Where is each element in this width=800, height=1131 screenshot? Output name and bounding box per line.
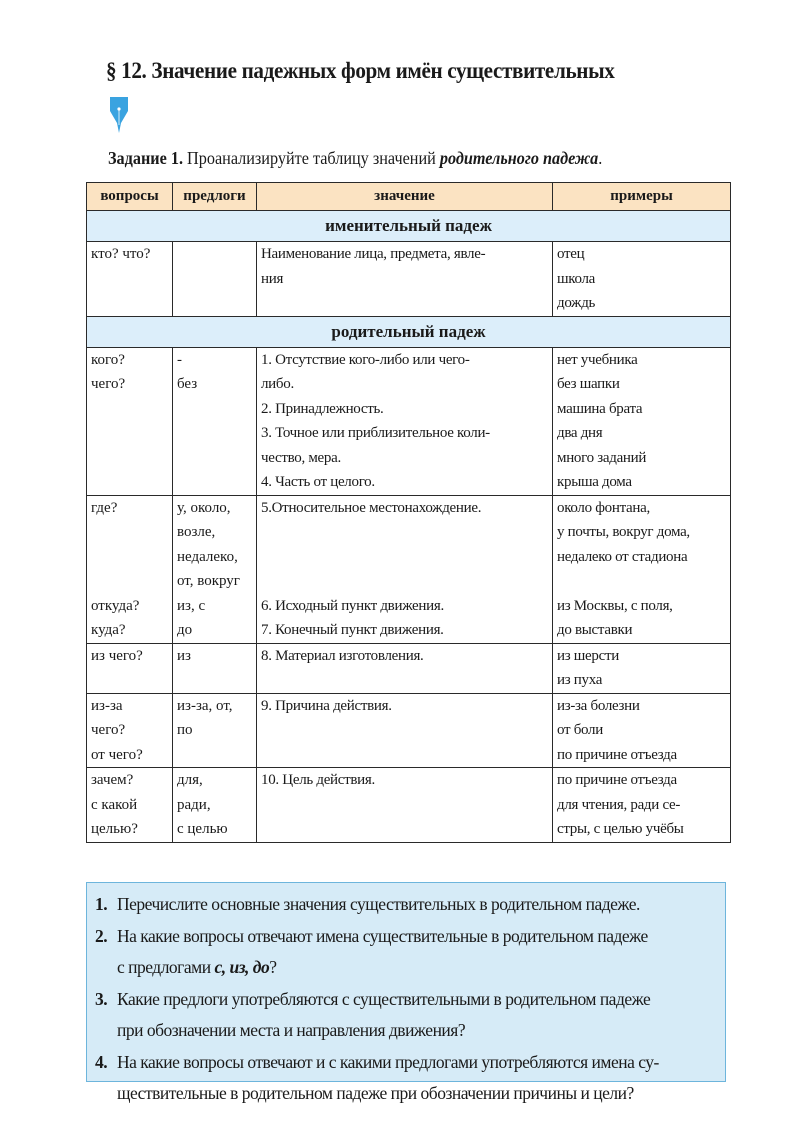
cell-meaning: 9. Причина действия. (257, 693, 553, 768)
cell-meaning: 1. Отсутствие кого-либо или чего- либо. … (257, 347, 553, 495)
question-text: при обозначении места и направления движ… (117, 1015, 719, 1047)
table-row: где? откуда? куда?у, около, возле, недал… (87, 495, 731, 643)
cell-prepositions: у, около, возле, недалеко, от, вокруг из… (173, 495, 257, 643)
review-questions-box: 1.Перечислите основные значения существи… (86, 882, 726, 1082)
table-row: из чего?из8. Материал изготовления.из ше… (87, 643, 731, 693)
table-row: из-за чего? от чего?из-за, от, по9. Прич… (87, 693, 731, 768)
task-end: . (598, 148, 602, 168)
cell-prepositions: - без (173, 347, 257, 495)
cell-questions: из-за чего? от чего? (87, 693, 173, 768)
cell-prepositions: из (173, 643, 257, 693)
task-emphasis: родительного падежа (440, 148, 598, 168)
column-header-meaning: значение (257, 183, 553, 211)
question-number: 3. (95, 984, 107, 1016)
case-name: родительный падеж (87, 316, 731, 347)
page-title: § 12. Значение падежных форм имён сущест… (106, 58, 695, 84)
cell-questions: зачем? с какой целью? (87, 768, 173, 843)
question-text: На какие вопросы отвечают и с какими пре… (117, 1047, 719, 1079)
table-row: кого? чего?- без1. Отсутствие кого-либо … (87, 347, 731, 495)
task-instruction: Задание 1. Проанализируйте таблицу значе… (108, 148, 602, 169)
column-header-questions: вопросы (87, 183, 173, 211)
question-text: Перечислите основные значения существите… (117, 889, 719, 921)
question-text: с предлогами с, из, до? (117, 952, 719, 984)
cell-meaning: 8. Материал изготовления. (257, 643, 553, 693)
column-header-examples: примеры (553, 183, 731, 211)
cell-prepositions: из-за, от, по (173, 693, 257, 768)
task-text: Проанализируйте таблицу значений (183, 148, 440, 168)
question-text: На какие вопросы отвечают имена существи… (117, 921, 719, 953)
review-question: 4.На какие вопросы отвечают и с какими п… (95, 1047, 719, 1110)
case-name: именительный падеж (87, 211, 731, 242)
question-text: Какие предлоги употребляются с существит… (117, 984, 719, 1016)
question-number: 1. (95, 889, 107, 921)
cell-prepositions: для, ради, с целью (173, 768, 257, 843)
case-meaning-table: вопросы предлоги значение примеры именит… (86, 182, 731, 843)
cell-prepositions (173, 242, 257, 317)
cell-meaning: Наименование лица, предмета, явле- ния (257, 242, 553, 317)
question-number: 4. (95, 1047, 107, 1079)
review-question: 1.Перечислите основные значения существи… (95, 889, 719, 921)
pen-nib-icon (107, 95, 131, 135)
case-row: именительный падеж (87, 211, 731, 242)
cell-examples: нет учебника без шапки машина брата два … (553, 347, 731, 495)
review-question: 3.Какие предлоги употребляются с существ… (95, 984, 719, 1047)
question-text: ществительные в родительном падеже при о… (117, 1078, 719, 1110)
cell-questions: кого? чего? (87, 347, 173, 495)
cell-examples: по причине отъезда для чтения, ради се- … (553, 768, 731, 843)
cell-examples: отец школа дождь (553, 242, 731, 317)
cell-meaning: 10. Цель действия. (257, 768, 553, 843)
cell-examples: из шерсти из пуха (553, 643, 731, 693)
table-row: кто? что?Наименование лица, предмета, яв… (87, 242, 731, 317)
table-row: зачем? с какой целью?для, ради, с целью1… (87, 768, 731, 843)
cell-examples: около фонтана, у почты, вокруг дома, нед… (553, 495, 731, 643)
cell-meaning: 5.Относительное местонахождение. 6. Исхо… (257, 495, 553, 643)
cell-questions: где? откуда? куда? (87, 495, 173, 643)
cell-examples: из-за болезни от боли по причине отъезда (553, 693, 731, 768)
review-question: 2.На какие вопросы отвечают имена сущест… (95, 921, 719, 984)
case-row: родительный падеж (87, 316, 731, 347)
table-body: именительный падежкто? что?Наименование … (87, 211, 731, 843)
question-number: 2. (95, 921, 107, 953)
cell-questions: из чего? (87, 643, 173, 693)
column-header-prepositions: предлоги (173, 183, 257, 211)
cell-questions: кто? что? (87, 242, 173, 317)
review-questions-list: 1.Перечислите основные значения существи… (95, 889, 719, 1110)
table-header-row: вопросы предлоги значение примеры (87, 183, 731, 211)
task-label: Задание 1. (108, 148, 183, 168)
